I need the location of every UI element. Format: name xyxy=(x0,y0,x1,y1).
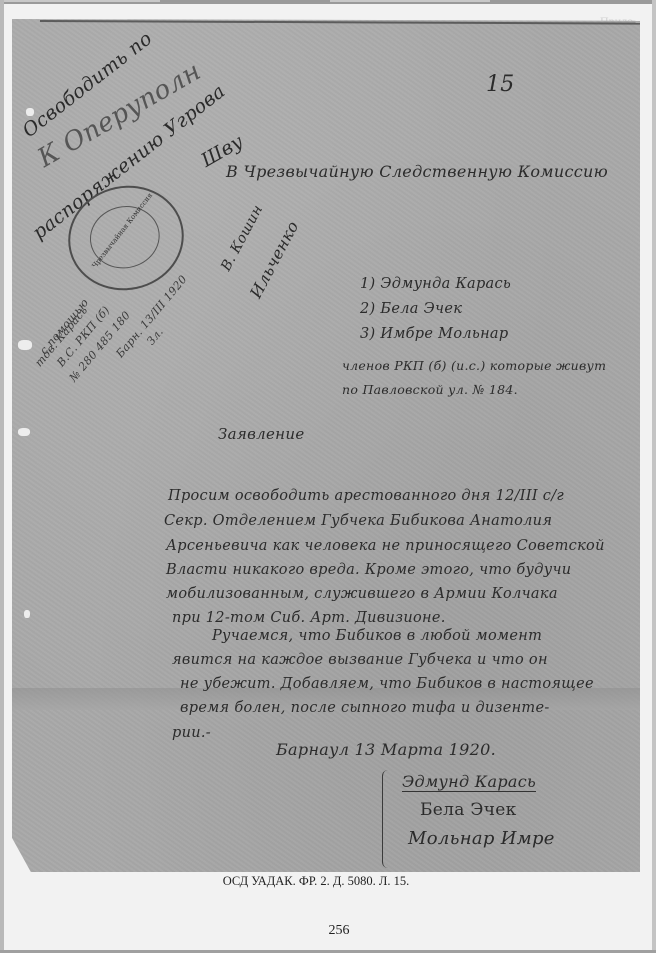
body-line-7: Ручаемся, что Бибиков в любой момент xyxy=(212,628,542,644)
petitioner-1: 1) Эдмунда Карась xyxy=(360,276,511,292)
paper-tear xyxy=(18,340,32,350)
petitioner-3: 3) Имбре Мольнар xyxy=(360,326,508,342)
body-line-5: мобилизованным, служившего в Армии Колча… xyxy=(166,586,558,602)
petitioners-note-1: членов РКП (б) (и.с.) которые живут xyxy=(342,358,606,373)
paper-tear xyxy=(18,428,30,436)
body-line-4: Власти никакого вреда. Кроме этого, что … xyxy=(166,562,571,578)
page-number: 256 xyxy=(0,923,656,939)
document-heading: Заявление xyxy=(218,425,305,443)
signature-bracket xyxy=(382,770,393,868)
petitioners-note-2: по Павловской ул. № 184. xyxy=(342,382,518,397)
signature-2: Бела Эчек xyxy=(420,800,517,820)
archive-caption: ОСД УАДАК. ФР. 2. Д. 5080. Л. 15. xyxy=(0,874,656,889)
paper-tear xyxy=(24,610,30,618)
body-line-8: явится на каждое вызвание Губчека и что … xyxy=(172,652,548,668)
body-line-10: время болен, после сыпного тифа и дизент… xyxy=(180,700,550,716)
date-place: Барнаул 13 Марта 1920. xyxy=(276,740,496,759)
signature-3: Мольнар Имре xyxy=(408,828,555,849)
signature-1: Эдмунд Карась xyxy=(402,772,536,792)
body-line-1: Просим освободить арестованного дня 12/I… xyxy=(168,488,564,504)
body-line-9: не убежит. Добавляем, что Бибиков в наст… xyxy=(180,676,594,692)
body-line-3: Арсеньевича как человека не приносящего … xyxy=(166,538,605,554)
body-line-6: при 12-том Сиб. Арт. Дивизионе. xyxy=(172,610,446,626)
scan-left-edge xyxy=(0,0,4,953)
petitioner-2: 2) Бела Эчек xyxy=(360,301,462,317)
body-line-2: Секр. Отделением Губчека Бибикова Анатол… xyxy=(164,513,552,529)
scan-right-edge xyxy=(652,0,656,953)
addressee: В Чрезвычайную Следственную Комиссию xyxy=(226,162,608,181)
sheet-number: 15 xyxy=(486,72,515,97)
scan-top-edge xyxy=(0,0,656,4)
body-line-11: рии.- xyxy=(172,725,211,741)
